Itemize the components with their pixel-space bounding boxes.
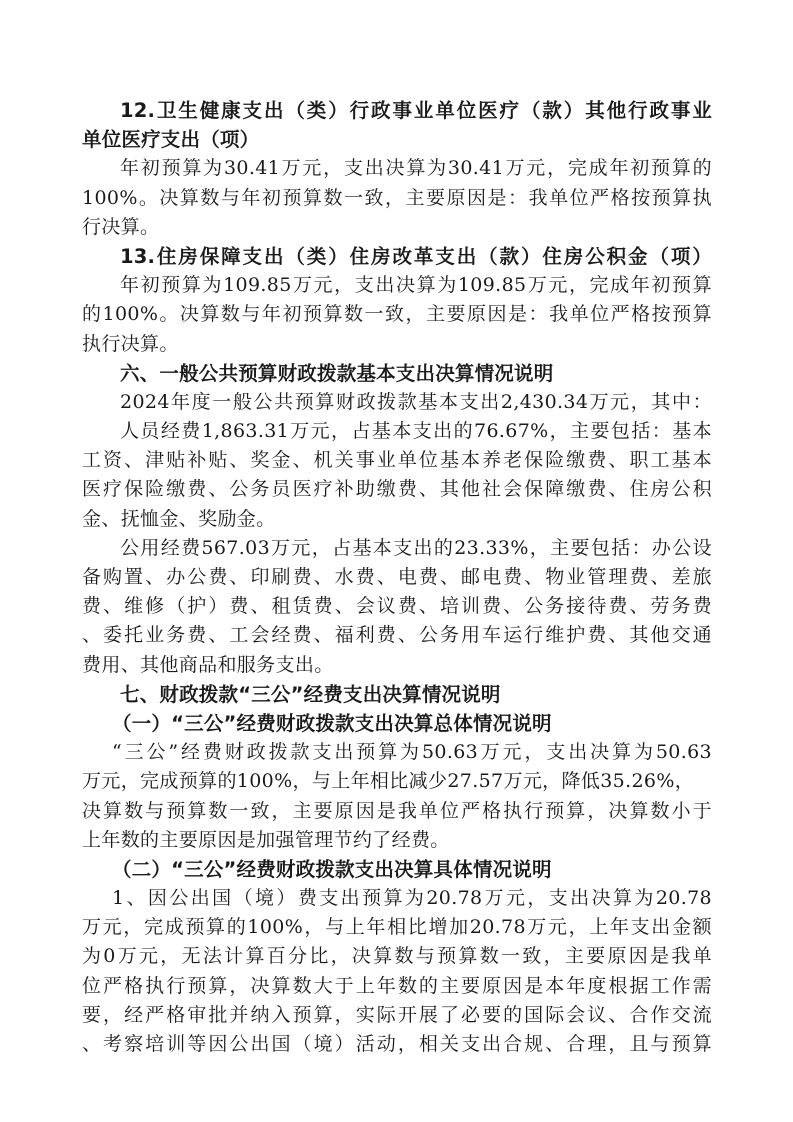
paragraph-line: 、委托业务费、工会经费、福利费、公务用车运行维护费、其他交通 bbox=[82, 621, 712, 650]
paragraph-line: 备购置、办公费、印刷费、水费、电费、邮电费、物业管理费、差旅 bbox=[82, 563, 712, 592]
paragraph-line: 工资、津贴补贴、奖金、机关事业单位基本养老保险缴费、职工基本 bbox=[82, 446, 712, 475]
section-heading-item-13: 13.住房保障支出（类）住房改革支出（款）住房公积金（项） bbox=[82, 242, 712, 271]
section-heading-6: 六、一般公共预算财政拨款基本支出决算情况说明 bbox=[82, 359, 712, 388]
paragraph-line: 万元，完成预算的100%，与上年相比减少27.57万元，降低35.26%， bbox=[82, 767, 712, 796]
paragraph-line: 1、因公出国（境）费支出预算为20.78万元，支出决算为20.78 bbox=[82, 884, 712, 913]
paragraph-line: 上年数的主要原因是加强管理节约了经费。 bbox=[82, 826, 712, 855]
subsection-heading-2: （二）“三公”经费财政拨款支出决算具体情况说明 bbox=[82, 855, 712, 884]
paragraph-line: 的100%。决算数与年初预算数一致，主要原因是：我单位严格按预算 bbox=[82, 300, 712, 329]
section-heading-item-12: 12.卫生健康支出（类）行政事业单位医疗（款）其他行政事业 bbox=[82, 96, 712, 125]
paragraph-line: 100%。决算数与年初预算数一致，主要原因是：我单位严格按预算执 bbox=[82, 184, 712, 213]
paragraph-line: “三公”经费财政拨款支出预算为50.63万元，支出决算为50.63 bbox=[82, 738, 712, 767]
paragraph-line: 年初预算为109.85万元，支出决算为109.85万元，完成年初预算 bbox=[82, 271, 712, 300]
paragraph-line: 金、抚恤金、奖励金。 bbox=[82, 505, 712, 534]
paragraph-line: 决算数与预算数一致，主要原因是我单位严格执行预算，决算数小于 bbox=[82, 797, 712, 826]
paragraph-line: 公用经费567.03万元，占基本支出的23.33%，主要包括：办公设 bbox=[82, 534, 712, 563]
paragraph-line: 医疗保险缴费、公务员医疗补助缴费、其他社会保障缴费、住房公积 bbox=[82, 475, 712, 504]
paragraph-line: 费、维修（护）费、租赁费、会议费、培训费、公务接待费、劳务费 bbox=[82, 592, 712, 621]
paragraph-line: 万元，完成预算的100%，与上年相比增加20.78万元，上年支出金额 bbox=[82, 913, 712, 942]
paragraph-line: 、考察培训等因公出国（境）活动，相关支出合规、合理，且与预算 bbox=[82, 1030, 712, 1059]
section-heading-7: 七、财政拨款“三公”经费支出决算情况说明 bbox=[82, 680, 712, 709]
section-heading-item-12-cont: 单位医疗支出（项） bbox=[82, 125, 712, 154]
paragraph-line: 人员经费1,863.31万元，占基本支出的76.67%，主要包括：基本 bbox=[82, 417, 712, 446]
paragraph-line: 要，经严格审批并纳入预算，实际开展了必要的国际会议、合作交流 bbox=[82, 1001, 712, 1030]
subsection-heading-1: （一）“三公”经费财政拨款支出决算总体情况说明 bbox=[82, 709, 712, 738]
paragraph-line: 年初预算为30.41万元，支出决算为30.41万元，完成年初预算的 bbox=[82, 154, 712, 183]
paragraph-line: 为0万元，无法计算百分比，决算数与预算数一致，主要原因是我单 bbox=[82, 942, 712, 971]
paragraph-line: 费用、其他商品和服务支出。 bbox=[82, 651, 712, 680]
paragraph-line: 执行决算。 bbox=[82, 330, 712, 359]
paragraph-line: 位严格执行预算，决算数大于上年数的主要原因是本年度根据工作需 bbox=[82, 972, 712, 1001]
document-page: 12.卫生健康支出（类）行政事业单位医疗（款）其他行政事业 单位医疗支出（项） … bbox=[82, 96, 712, 1059]
paragraph-line: 2024年度一般公共预算财政拨款基本支出2,430.34万元，其中： bbox=[82, 388, 712, 417]
paragraph-line: 行决算。 bbox=[82, 213, 712, 242]
